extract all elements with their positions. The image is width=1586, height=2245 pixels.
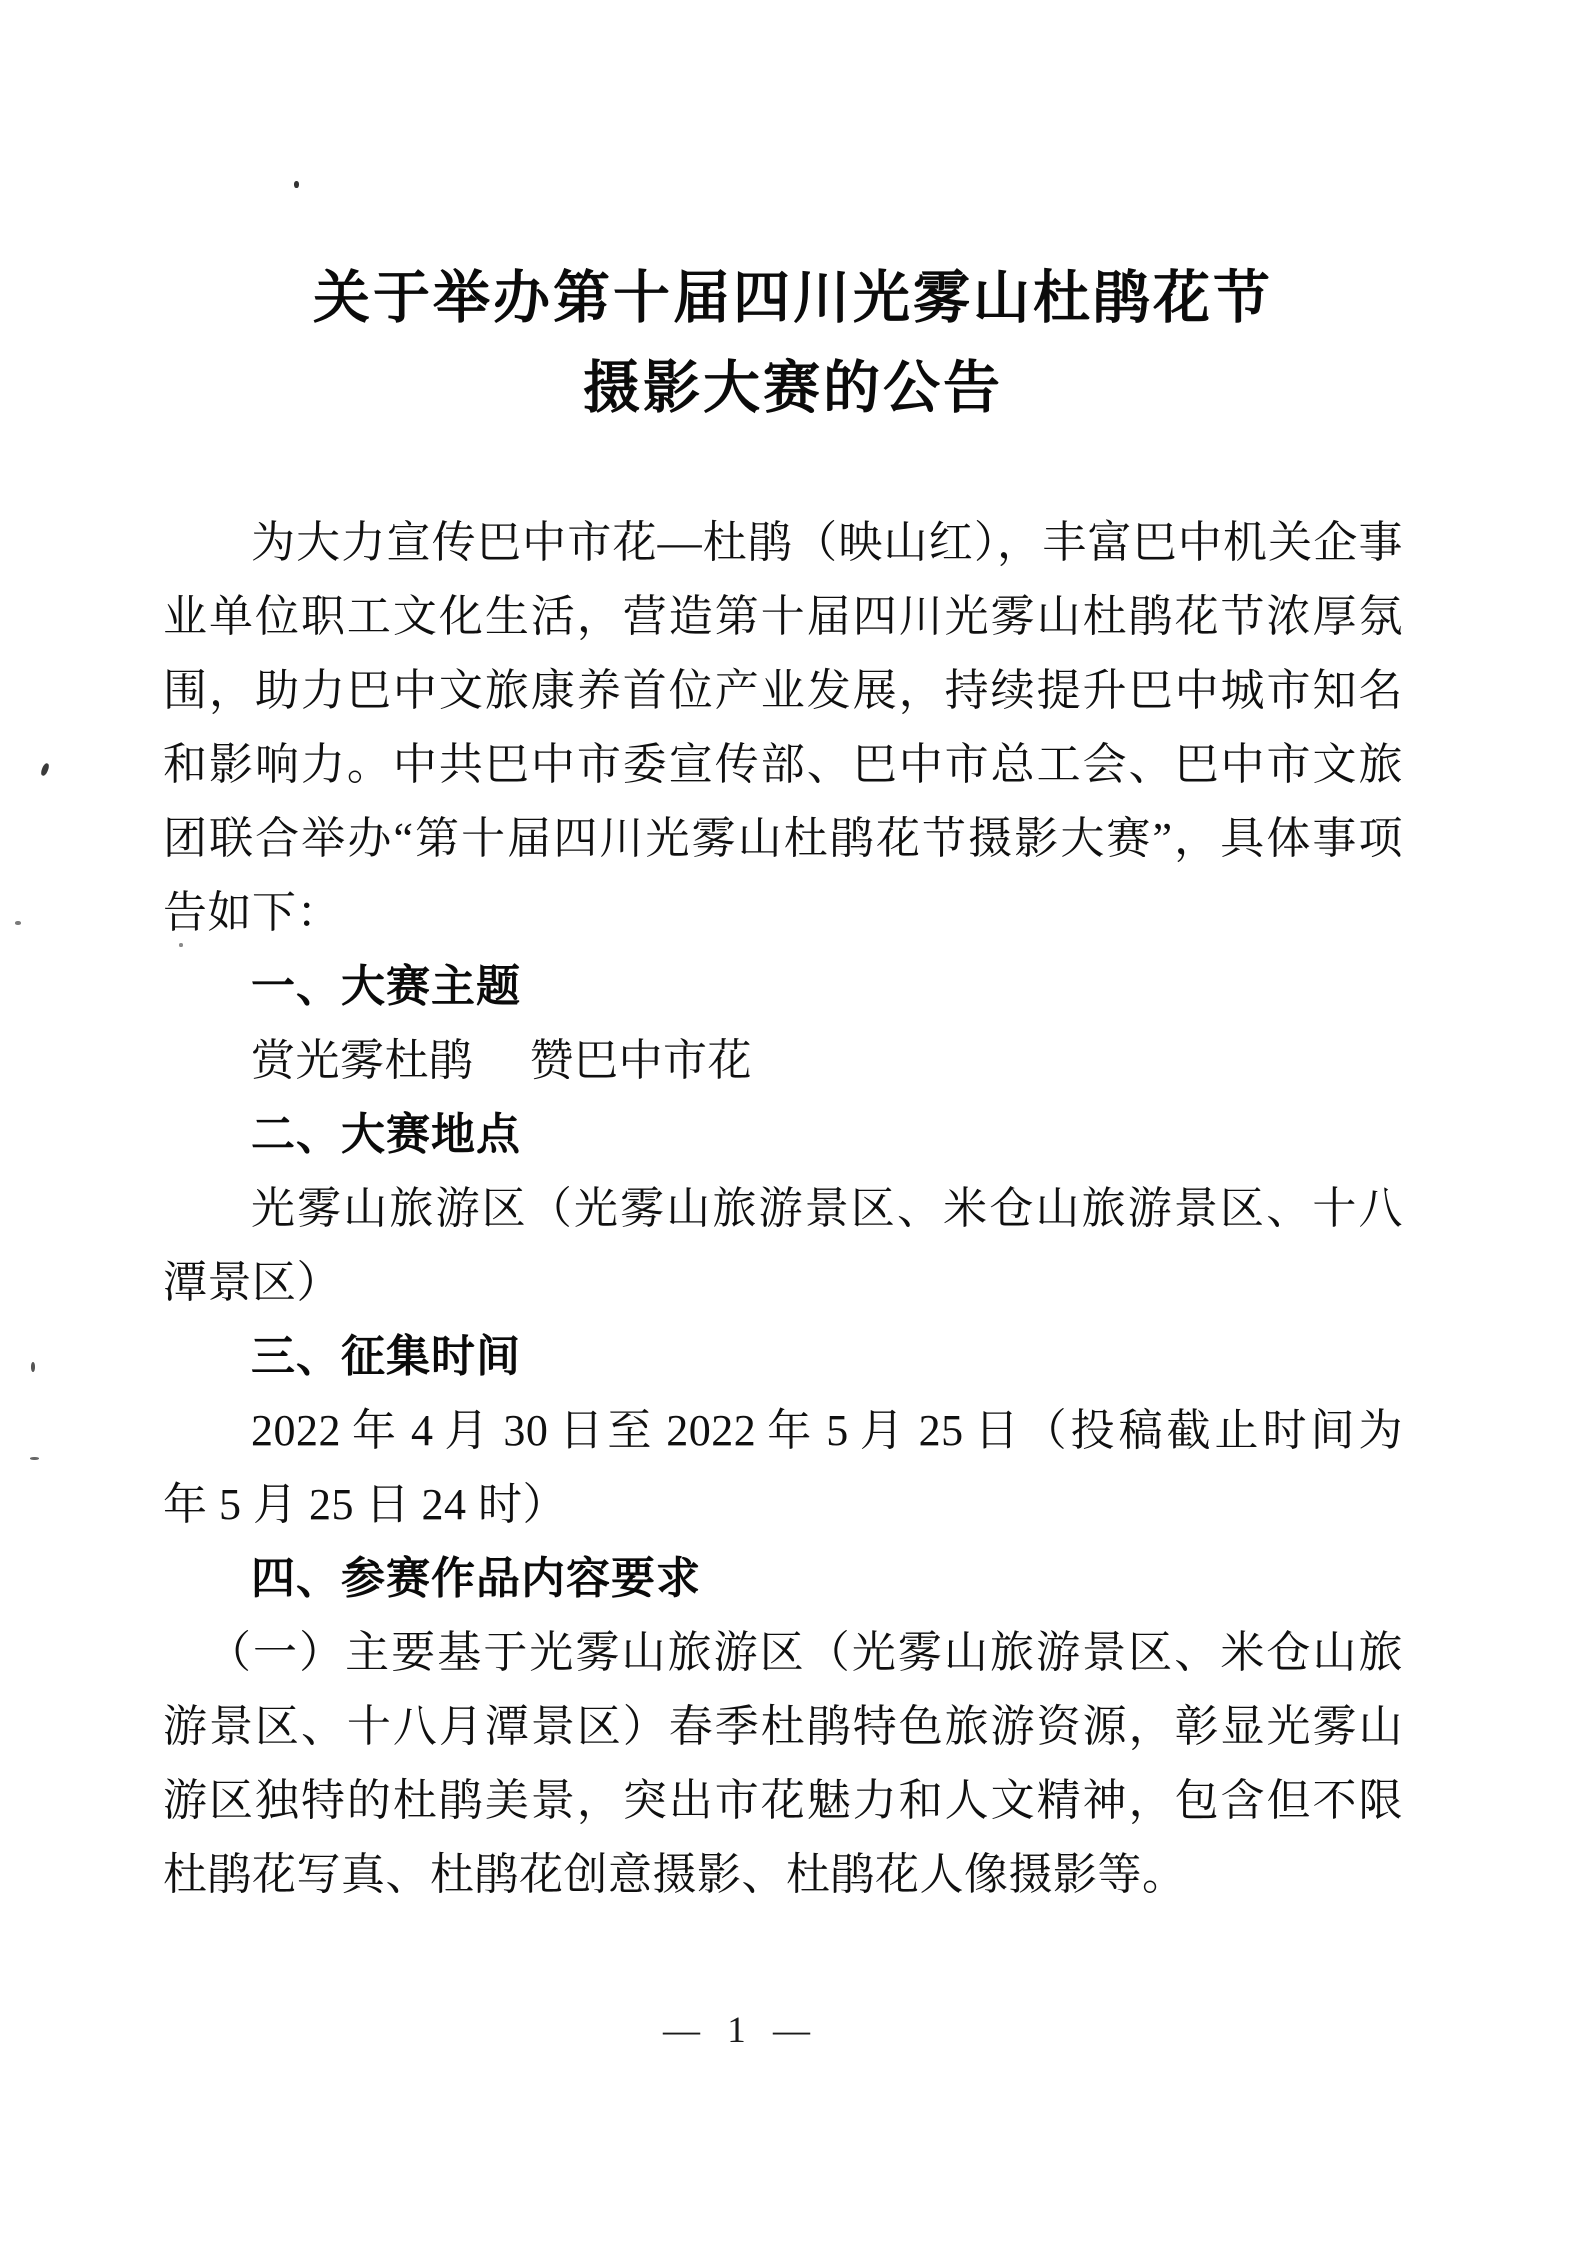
document-title: 关于举办第十届四川光雾山杜鹃花节 摄影大赛的公告 [0, 253, 1586, 433]
text-line: 赏光雾杜鹃 赞巴中市花 [163, 1024, 1403, 1098]
text-line: 和影响力。中共巴中市委宣传部、巴中市总工会、巴中市文旅集 [163, 728, 1403, 802]
section-heading: 二、大赛地点 [163, 1098, 1403, 1172]
page-number: — 1 — [0, 1994, 1534, 2067]
text-line: 为大力宣传巴中市花—杜鹃（映山红），丰富巴中机关企事 [163, 506, 1403, 580]
text-line: 游景区、十八月潭景区）春季杜鹃特色旅游资源，彰显光雾山旅 [163, 1690, 1403, 1764]
scan-speck [31, 1362, 35, 1372]
text-line: 业单位职工文化生活，营造第十届四川光雾山杜鹃花节浓厚氛 [163, 580, 1403, 654]
text-line: 杜鹃花写真、杜鹃花创意摄影、杜鹃花人像摄影等。 [163, 1838, 1403, 1912]
title-line-1: 关于举办第十届四川光雾山杜鹃花节 [0, 253, 1586, 343]
text-line: 潭景区） [163, 1246, 1403, 1320]
scan-speck [40, 762, 50, 776]
text-line: 年 5 月 25 日 24 时） [163, 1468, 1403, 1542]
text-line: 2022 年 4 月 30 日至 2022 年 5 月 25 日（投稿截止时间为… [163, 1394, 1403, 1468]
text-line: 团联合举办“第十届四川光雾山杜鹃花节摄影大赛”，具体事项公 [163, 802, 1403, 876]
text-line: 告如下： [163, 876, 1403, 950]
document-body: 为大力宣传巴中市花—杜鹃（映山红），丰富巴中机关企事业单位职工文化生活，营造第十… [163, 506, 1403, 1912]
scan-speck [179, 943, 183, 947]
text-line: 游区独特的杜鹃美景，突出市花魅力和人文精神，包含但不限于 [163, 1764, 1403, 1838]
section-heading: 一、大赛主题 [163, 950, 1403, 1024]
text-line: 围，助力巴中文旅康养首位产业发展，持续提升巴中城市知名度 [163, 654, 1403, 728]
title-line-2: 摄影大赛的公告 [0, 343, 1586, 433]
scan-speck [15, 921, 21, 925]
section-heading: 四、参赛作品内容要求 [163, 1542, 1403, 1616]
document-page: 关于举办第十届四川光雾山杜鹃花节 摄影大赛的公告 为大力宣传巴中市花—杜鹃（映山… [0, 0, 1586, 2245]
text-line: 光雾山旅游区（光雾山旅游景区、米仓山旅游景区、十八月 [163, 1172, 1403, 1246]
scan-speck [294, 181, 299, 188]
scan-speck [30, 1457, 39, 1460]
text-line: （一）主要基于光雾山旅游区（光雾山旅游景区、米仓山旅 [163, 1616, 1403, 1690]
section-heading: 三、征集时间 [163, 1320, 1403, 1394]
